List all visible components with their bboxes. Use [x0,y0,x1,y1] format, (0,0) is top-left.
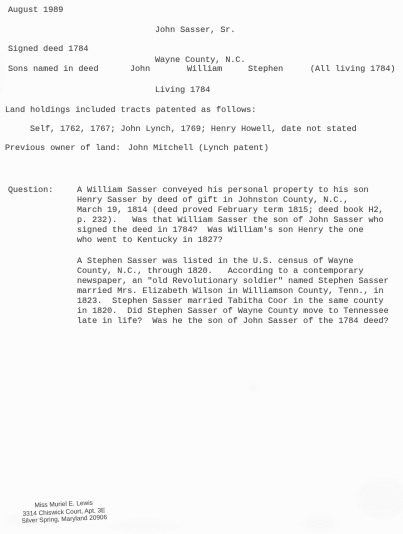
sons-row-label: Sons named in deed [8,64,98,74]
son-name-stephen: Stephen [248,64,283,74]
question-paragraph-1: A William Sasser conveyed his personal p… [77,185,384,245]
scan-artifact [251,384,258,391]
signed-deed-line: Signed deed 1784 [8,44,88,54]
sons-row-note: (All living 1784) [310,64,395,74]
question-label: Question: [8,185,53,195]
son-name-william: William [187,64,222,74]
question-paragraph-2: A Stephen Sasser was listed in the U.S. … [77,256,389,326]
scan-artifact [0,50,4,96]
title-block: John Sasser, Sr. Wayne County, N.C. Livi… [155,5,245,115]
scan-artifact [6,514,64,526]
scanned-document-page: August 1989 John Sasser, Sr. Wayne Count… [0,0,403,534]
scan-artifact [356,478,403,518]
previous-owner-value: John Mitchell (Lynch patent) [128,143,269,153]
son-name-john: John [130,64,150,74]
title-line-living: Living 1784 [155,85,245,95]
land-holdings-detail: Self, 1762, 1767; John Lynch, 1769; Henr… [30,124,357,134]
document-date: August 1989 [8,5,63,15]
previous-owner-row: Previous owner of land: John Mitchell (L… [0,143,403,153]
scan-artifact [300,516,340,532]
previous-owner-label: Previous owner of land: [5,143,121,153]
scan-artifact [108,520,180,532]
land-holdings-heading: Land holdings included tracts patented a… [5,105,256,115]
title-line-subject: John Sasser, Sr. [155,25,245,35]
sons-named-row: Sons named in deed John William Stephen … [0,64,403,74]
